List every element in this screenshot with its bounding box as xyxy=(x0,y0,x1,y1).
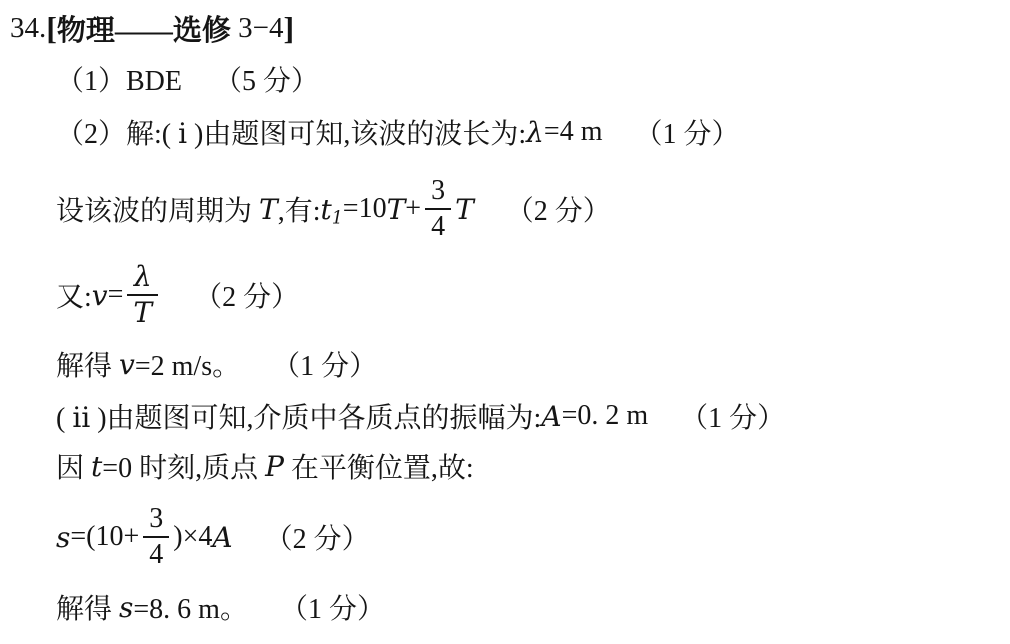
step3-score: （2 分） xyxy=(194,275,299,315)
step1-score: （1 分） xyxy=(635,112,740,152)
step2-score: （2 分） xyxy=(506,189,611,229)
step1-text: （2）解:( ⅰ )由题图可知,该波的波长为: xyxy=(56,112,526,152)
step5-score: （1 分） xyxy=(680,396,785,436)
step4-value: =2 m/s。 xyxy=(135,344,240,384)
step6-condition-line: 因 t =0 时刻,质点 P 在平衡位置,故: xyxy=(56,444,474,488)
step8-score: （1 分） xyxy=(280,587,385,627)
step7-score: （2 分） xyxy=(265,517,370,557)
section-title: 物理——选修 xyxy=(57,8,231,49)
title-bracket-open: [ xyxy=(46,10,57,47)
problem-number: 34. xyxy=(10,12,46,45)
part1-answer-line: （1）BDE （5 分） xyxy=(56,58,319,100)
s-variable: s xyxy=(119,591,133,624)
step4-velocity-result-line: 解得 v =2 m/s。 （1 分） xyxy=(56,342,377,386)
fraction-numerator: 3 xyxy=(143,504,169,536)
fraction-denominator: 4 xyxy=(425,208,451,242)
s-variable: s xyxy=(56,521,70,554)
step1-wavelength-line: （2）解:( ⅰ )由题图可知,该波的波长为: λ =4 m （1 分） xyxy=(56,110,740,154)
part1-answer: （1）BDE xyxy=(56,59,182,99)
step4-text1: 解得 xyxy=(56,344,119,384)
plus-sign: + xyxy=(405,193,421,225)
step6-text1: 因 xyxy=(56,446,91,486)
step5-value: =0. 2 m xyxy=(562,400,649,432)
fraction-numerator: λ xyxy=(128,262,158,294)
fraction-numerator: 3 xyxy=(425,176,451,208)
answer-sheet-page: 34. [ 物理——选修 3−4 ] （1）BDE （5 分） （2）解:( ⅰ… xyxy=(0,0,1010,644)
step5-amplitude-line: ( ⅱ )由题图可知,介质中各质点的振幅为: A =0. 2 m （1 分） xyxy=(56,394,785,438)
T-variable: T xyxy=(259,193,278,226)
step8-text1: 解得 xyxy=(56,587,119,627)
v-variable: v xyxy=(119,348,135,381)
step2-text2: ,有: xyxy=(278,189,321,229)
step6-text2: =0 时刻,质点 xyxy=(102,446,265,486)
A-variable: A xyxy=(212,521,232,554)
step7-text2: )×4 xyxy=(173,521,212,553)
step6-text3: 在平衡位置,故: xyxy=(284,446,474,486)
step4-score: （1 分） xyxy=(272,344,377,384)
fraction-denominator: 4 xyxy=(143,536,169,570)
fraction-denominator: T xyxy=(127,294,158,328)
v-variable: v xyxy=(92,279,108,312)
step3-velocity-formula-line: 又: v = λ T （2 分） xyxy=(56,252,299,338)
t1-subscript: 1 xyxy=(332,208,343,228)
lambda-variable: λ xyxy=(526,116,544,149)
equals-sign: = xyxy=(108,279,124,311)
A-variable: A xyxy=(541,400,561,433)
section-title-range: 3−4 xyxy=(231,12,284,45)
step2-eq: =10 xyxy=(343,193,387,225)
t-variable: t xyxy=(91,450,102,483)
part1-score: （5 分） xyxy=(214,59,319,99)
fraction-lambda-over-T: λ T xyxy=(127,262,158,328)
problem-header: 34. [ 物理——选修 3−4 ] xyxy=(10,6,294,50)
t1-variable: t1 xyxy=(320,193,342,226)
T-variable: T xyxy=(387,193,406,226)
step2-period-line: 设该波的周期为 T ,有: t1 =10 T + 3 4 T （2 分） xyxy=(56,166,611,252)
step8-distance-result-line: 解得 s =8. 6 m。 （1 分） xyxy=(56,584,385,630)
fraction-three-quarters: 3 4 xyxy=(425,176,451,242)
step1-value: =4 m xyxy=(544,116,603,148)
step8-value: =8. 6 m。 xyxy=(133,587,248,627)
title-bracket-close: ] xyxy=(284,10,295,47)
step5-text: ( ⅱ )由题图可知,介质中各质点的振幅为: xyxy=(56,396,541,436)
step3-text1: 又: xyxy=(56,275,92,315)
fraction-three-quarters: 3 4 xyxy=(143,504,169,570)
step7-text1: =(10+ xyxy=(70,521,139,553)
P-variable: P xyxy=(265,450,284,483)
step7-distance-formula-line: s =(10+ 3 4 )×4 A （2 分） xyxy=(56,492,370,582)
T-variable: T xyxy=(455,193,474,226)
step2-text1: 设该波的周期为 xyxy=(56,189,259,229)
